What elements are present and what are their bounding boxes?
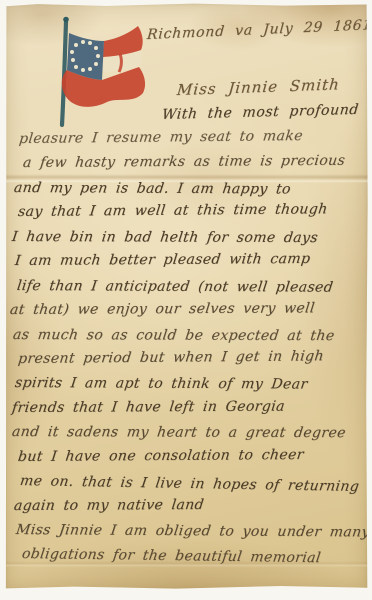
letter-line: again to my native land (13, 492, 370, 518)
letter-body: pleasure I resume my seat to make a few … (5, 127, 368, 567)
letter-paper: Richmond va July 29 1861 Miss Jinnie Smi… (5, 3, 368, 591)
letter-salutation: Miss Jinnie Smith (176, 75, 340, 99)
letter-line: a few hasty remarks as time is precious (22, 149, 370, 176)
letter-line: but I have one consolation to cheer (17, 442, 370, 469)
letter-opening-line: With the most profound (161, 102, 359, 123)
letter-line: say that I am well at this time though (17, 197, 370, 224)
letter-line: present period but when I get in high (17, 344, 370, 371)
confederate-flag-icon (23, 11, 148, 133)
letter-dateline: Richmond va July 29 1861 (146, 17, 372, 43)
letter-line: at that) we enjoy our selves very well (9, 296, 370, 322)
letter-line: obligations for the beautiful memorial (20, 542, 369, 571)
scanned-letter: Richmond va July 29 1861 Miss Jinnie Smi… (0, 0, 372, 600)
letter-line: pleasure I resume my seat to make (18, 123, 370, 151)
letter-line: I am much better pleased with camp (14, 247, 370, 274)
letter-line: friends that I have left in Georgia (11, 394, 370, 420)
letter-line: Miss Jinnie I am obliged to you under ma… (14, 518, 369, 545)
